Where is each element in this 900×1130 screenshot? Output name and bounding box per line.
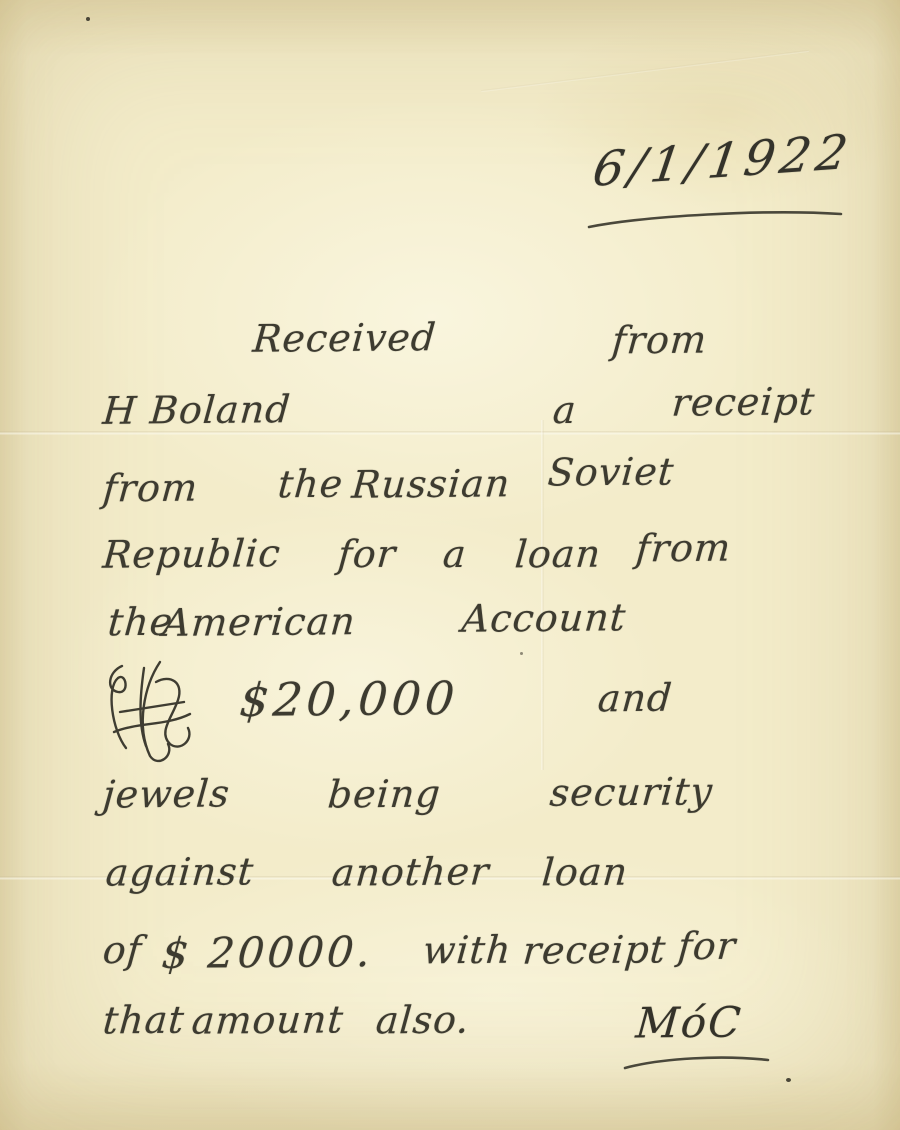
handwriting-line: $20,000 and (0, 672, 900, 742)
handwritten-word: from (610, 318, 709, 363)
handwritten-word: another (330, 849, 491, 894)
handwritten-word: Received (251, 315, 438, 361)
signature-initials: MóC (634, 998, 744, 1048)
handwritten-word: that (101, 998, 186, 1043)
handwritten-word: from (101, 466, 200, 511)
handwritten-word: for (336, 532, 398, 577)
handwriting-line: from the Russian Soviet (0, 462, 900, 532)
handwriting-line: that amount also. MóC (0, 998, 900, 1068)
handwritten-word: receipt (521, 927, 668, 972)
handwritten-word: and (596, 676, 674, 721)
handwritten-word: of (101, 928, 143, 972)
handwritten-word: loan (540, 850, 630, 895)
handwritten-word: also. (374, 998, 471, 1043)
handwritten-amount: $ 20000. (160, 927, 375, 978)
handwritten-word: for (676, 924, 738, 969)
handwritten-amount: $20,000 (238, 671, 461, 727)
handwritten-word: security (548, 769, 714, 814)
handwritten-word: from (634, 526, 733, 571)
handwriting-line: of $ 20000. with receipt for (0, 928, 900, 998)
handwritten-word: jewels (101, 771, 232, 816)
handwritten-word: with (421, 928, 513, 973)
handwriting-line: Received from (0, 316, 900, 386)
handwritten-word: Russian (350, 461, 512, 506)
handwritten-word: the (276, 462, 345, 507)
paper-speck (86, 17, 90, 21)
paper-speck (786, 1078, 791, 1082)
handwritten-word: American (161, 599, 357, 645)
handwriting-line: jewels being security (0, 772, 900, 842)
date-underline-stroke (585, 206, 845, 232)
handwritten-word: H Boland (101, 387, 292, 433)
handwritten-word: a (441, 532, 468, 576)
handwriting-line: H Boland a receipt (0, 388, 900, 458)
handwritten-word: against (104, 849, 256, 894)
handwritten-word: Account (460, 595, 628, 640)
handwritten-receipt-page: 6/1/1922 Received from H Boland a receip… (0, 0, 900, 1130)
handwritten-word: loan (513, 532, 603, 577)
handwritten-word: Republic (101, 531, 282, 577)
handwriting-line: Republic for a loan from (0, 532, 900, 602)
handwriting-line: the American Account (0, 600, 900, 670)
handwritten-word: being (326, 772, 442, 817)
date-text: 6/1/1922 (589, 124, 856, 198)
handwriting-line: against another loan (0, 850, 900, 920)
handwritten-word: receipt (670, 379, 817, 424)
handwritten-word: Soviet (546, 449, 676, 494)
date-line: 6/1/1922 (0, 133, 900, 203)
paper-crease (481, 50, 809, 92)
handwritten-word: a (551, 388, 578, 432)
handwritten-word: amount (190, 997, 345, 1042)
